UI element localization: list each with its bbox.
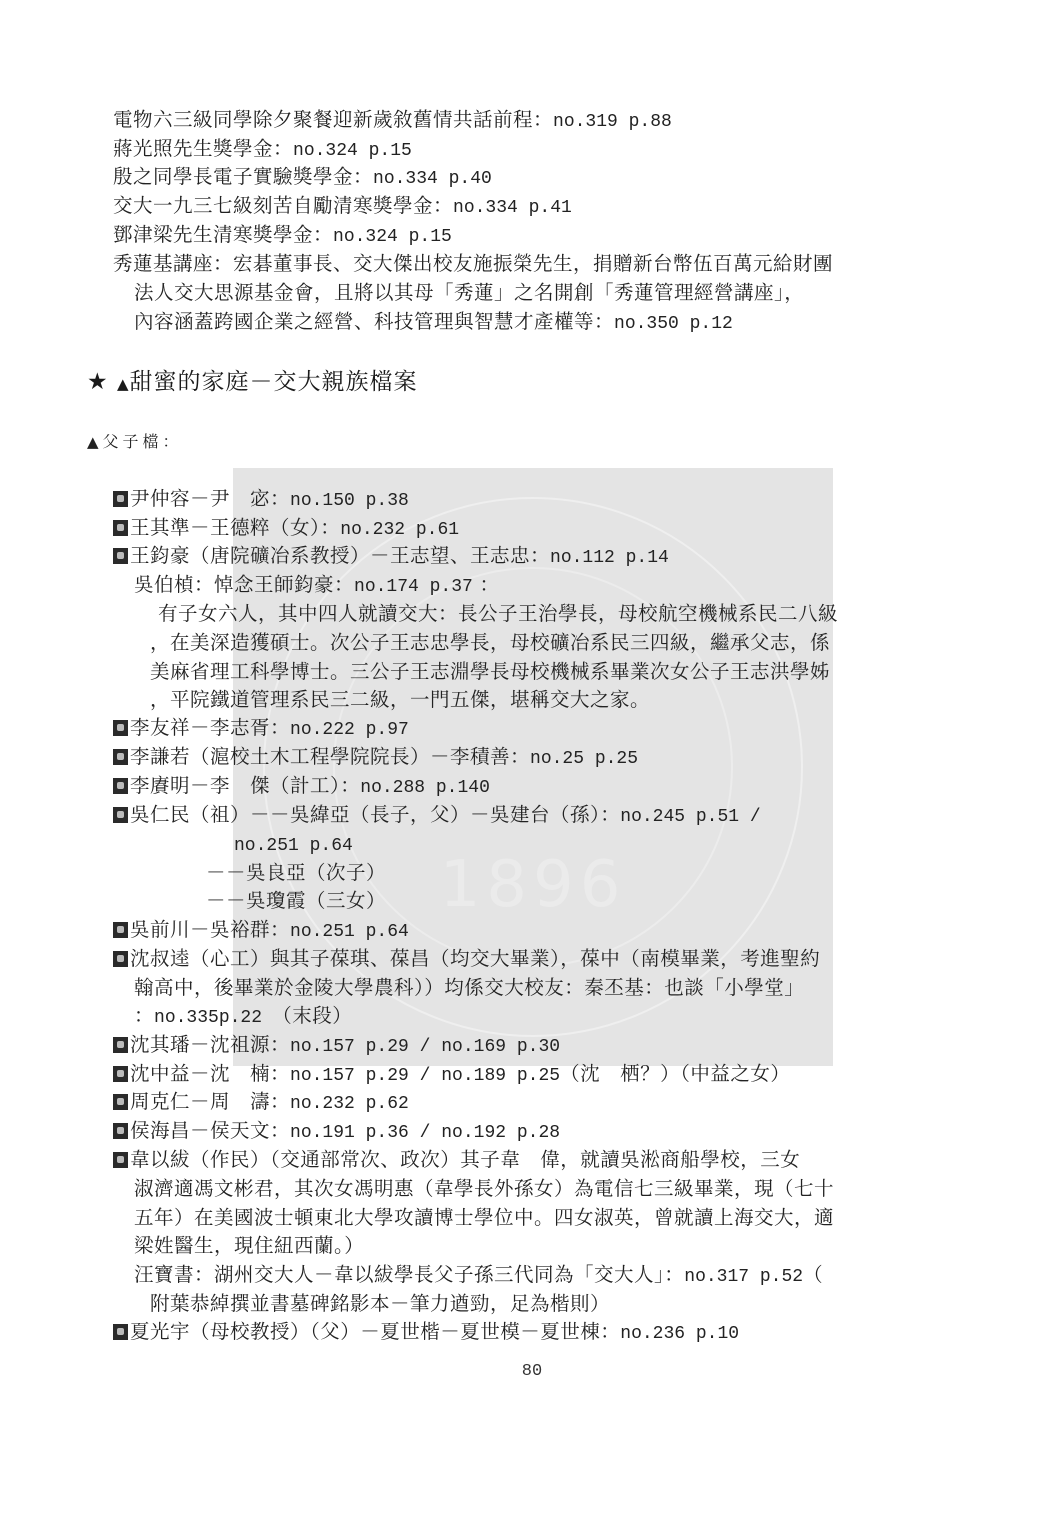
scholarship-item: 電物六三級同學除夕聚餐迎新歲敘舊情共話前程：no.319 p.88 (113, 106, 672, 136)
seal-bullet-icon (113, 1066, 128, 1082)
section-heading: ★ ▲甜蜜的家庭－交大親族檔案 (87, 368, 417, 398)
seal-bullet-icon (113, 1094, 128, 1110)
seal-bullet-icon (113, 778, 128, 794)
family-entry: 尹仲容－尹 宓：no.150 p.38 (113, 485, 409, 515)
triangle-icon: ▲ (117, 375, 130, 393)
xiulian-lecture-line: 秀蓮基講座：宏碁董事長、交大傑出校友施振榮先生，捐贈新台幣伍百萬元給財團 (113, 250, 833, 278)
family-entry: 李謙若（滬校土木工程學院院長）－李積善：no.25 p.25 (113, 743, 638, 773)
family-entry: 沈其璠－沈祖源：no.157 p.29 / no.169 p.30 (113, 1031, 560, 1061)
family-entry: 王鈞豪（唐院礦冶系教授）－王志望、王志忠：no.112 p.14 (113, 542, 669, 572)
seal-bullet-icon (113, 951, 128, 967)
seal-bullet-icon (113, 1123, 128, 1139)
family-entry: 王其準－王德粹（女）：no.232 p.61 (113, 514, 459, 544)
family-entry-note: 五年）在美國波士頓東北大學攻讀博士學位中。四女淑英，曾就讀上海交大，適 (134, 1204, 834, 1232)
section-title: 甜蜜的家庭－交大親族檔案 (129, 369, 417, 395)
subsection-title: 父子檔： (103, 432, 183, 451)
family-entry-note: 吳伯楨：悼念王師鈞豪：no.174 p.37 ： (134, 571, 500, 601)
seal-bullet-icon (113, 922, 128, 938)
subsection-heading: ▲父子檔： (87, 428, 183, 456)
page-number: 80 (0, 1362, 1064, 1381)
family-entry: 吳前川－吳裕群：no.251 p.64 (113, 916, 409, 946)
family-entry-note: ，平院鐵道管理系民三二級，一門五傑，堪稱交大之家。 (150, 686, 650, 714)
family-entry-note: 汪寶書：湖州交大人－韋以紱學長父子孫三代同為「交大人」：no.317 p.52（ (134, 1261, 823, 1291)
family-entry-note: 美麻省理工科學博士。三公子王志淵學長母校機械系畢業次女公子王志洪學姊 (150, 658, 830, 686)
family-entry-note: 梁姓醫生，現住紐西蘭。） (134, 1232, 364, 1260)
family-entry: 侯海昌－侯天文：no.191 p.36 / no.192 p.28 (113, 1117, 560, 1147)
family-entry: 李友祥－李志胥：no.222 p.97 (113, 714, 409, 744)
seal-bullet-icon (113, 520, 128, 536)
seal-bullet-icon (113, 1037, 128, 1053)
seal-bullet-icon (113, 1324, 128, 1340)
seal-bullet-icon (113, 1152, 128, 1168)
family-entry: 夏光宇（母校教授）（父）－夏世楷－夏世模－夏世棟：no.236 p.10 (113, 1318, 739, 1348)
xiulian-lecture-line: 內容涵蓋跨國企業之經營、科技管理與智慧才產權等：no.350 p.12 (134, 308, 733, 338)
family-entry: 沈叔逵（心工）與其子葆琪、葆昌（均交大畢業），葆中（南模畢業，考進聖約 (113, 945, 820, 973)
family-entry: 沈中益－沈 楠：no.157 p.29 / no.189 p.25（沈 栖？）（… (113, 1060, 790, 1090)
document-page: 電物六三級同學除夕聚餐迎新歲敘舊情共話前程：no.319 p.88 蔣光照先生獎… (0, 0, 1064, 1536)
scholarship-item: 殷之同學長電子實驗獎學金：no.334 p.40 (113, 163, 492, 193)
seal-bullet-icon (113, 720, 128, 736)
scholarship-item: 鄧津梁先生清寒獎學金：no.324 p.15 (113, 221, 452, 251)
triangle-icon: ▲ (87, 433, 103, 451)
family-entry-note: 翰高中，後畢業於金陵大學農科））均係交大校友：秦丕基：也談「小學堂」 (134, 974, 804, 1002)
family-entry: 吳仁民（祖）－－吳緯亞（長子，父）－吳建台（孫）：no.245 p.51 / (113, 801, 761, 831)
family-entry-note: 附葉恭綽撰並書墓碑銘影本－筆力遒勁，足為楷則） (150, 1290, 610, 1318)
family-entry: 韋以紱（作民）（交通部常次、政次）其子韋 偉，就讀吳淞商船學校，三女 (113, 1146, 800, 1174)
family-entry-branch: －－吳良亞（次子） (206, 859, 386, 887)
family-entry-note: 淑濟適馮文彬君，其次女馮明惠（韋學長外孫女）為電信七三級畢業，現（七十 (134, 1175, 834, 1203)
family-entry: 李賡明－李 傑（計工）：no.288 p.140 (113, 772, 490, 802)
family-entry-continuation: no.251 p.64 (234, 830, 353, 860)
family-entry-note: 有子女六人，其中四人就讀交大：長公子王治學長，母校航空機械系民二八級 (158, 600, 838, 628)
family-entry-note: ：no.335p.22 （末段） (134, 1002, 352, 1032)
family-entry-branch: －－吳瓊霞（三女） (206, 887, 386, 915)
seal-bullet-icon (113, 491, 128, 507)
seal-bullet-icon (113, 807, 128, 823)
star-icon: ★ (87, 369, 109, 395)
scholarship-item: 蔣光照先生獎學金：no.324 p.15 (113, 135, 412, 165)
xiulian-lecture-line: 法人交大思源基金會，且將以其母「秀蓮」之名開創「秀蓮管理經營講座」， (134, 279, 804, 307)
scholarship-item: 交大一九三七級刻苦自勵清寒獎學金：no.334 p.41 (113, 192, 572, 222)
seal-bullet-icon (113, 548, 128, 564)
seal-bullet-icon (113, 749, 128, 765)
family-entry-note: ，在美深造獲碩士。次公子王志忠學長，母校礦冶系民三四級，繼承父志，係 (150, 629, 830, 657)
family-entry: 周克仁－周 濤：no.232 p.62 (113, 1088, 409, 1118)
